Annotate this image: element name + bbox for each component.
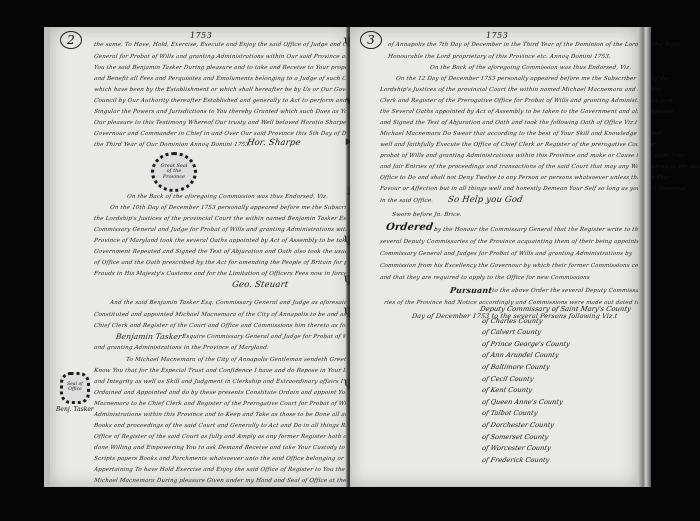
ordered-word: Ordered	[385, 222, 434, 233]
text-line: Office to Do and shall not Deny Twelve t…	[380, 175, 671, 181]
text-line: Frauds in His Majesty's Customs and for …	[94, 271, 348, 277]
text-line: of Office and the Oath prescribed by the…	[94, 260, 377, 266]
text-line: to the above Order the several Deputy Co…	[492, 288, 642, 294]
text-line: Government Repeated and Signed the Test …	[94, 249, 367, 255]
county-item: of Talbot County	[481, 408, 632, 420]
text-line: and that they are required to apply to t…	[380, 275, 591, 281]
text-line: Province of Maryland took the several Oa…	[94, 238, 374, 244]
county-item: of Dorchester County	[481, 420, 632, 432]
text-line: Commission from his Excellency the Gover…	[380, 263, 649, 269]
text-line: well and faithfully Execute the Office o…	[380, 142, 656, 148]
sworn-text: Sworn before Jn. Brice.	[392, 212, 463, 218]
text-line: Michael Macnemara Do Swear that accordin…	[380, 131, 663, 137]
text-line: General for Probat of Wills and granting…	[94, 54, 376, 60]
text-line: Our pleasure to this Testimony Whereof O…	[94, 120, 362, 126]
text-line: Know You that for the Especial Trust and…	[94, 368, 372, 374]
office-seal-label: Seal of Office	[66, 383, 84, 393]
text-line: Scripts papers Books and Parchments what…	[94, 456, 380, 462]
text-line: several Deputy Commissaries of the Provi…	[380, 239, 645, 245]
counties-heading: Deputy Commissary of Saint Mary's County	[479, 304, 632, 316]
page-year: 1753	[190, 31, 212, 40]
text-line: Commissary General and Judges for Probat…	[380, 251, 633, 257]
right-page: 3 1753 of Annapolis the 7th Day of Decem…	[350, 27, 638, 487]
county-item: of Queen Anne's County	[481, 397, 632, 409]
page-number: 3	[360, 31, 382, 49]
so-help-text: So Help you God	[447, 195, 523, 205]
text-line: the Several Oaths appointed by Act of As…	[380, 109, 675, 115]
county-list: Deputy Commissary of Saint Mary's County…	[480, 304, 631, 466]
county-item: of Somerset County	[481, 432, 632, 444]
text-line: which have been by the Establishment or …	[94, 87, 379, 93]
page-number: 2	[60, 31, 82, 49]
text-line: Books and proceedings of the said Court …	[94, 423, 386, 429]
text-line: Michael Macnemara During pleasure Given …	[94, 478, 361, 484]
text-line: Chief Clerk and Register of the Court an…	[94, 323, 377, 329]
text-line: Commissary General and Judge for Probat …	[94, 227, 367, 233]
page-year: 1753	[486, 31, 508, 40]
text-line: and Signed the Test of Abjuration and Oa…	[380, 120, 651, 126]
margin-name: Benj. Tasker	[56, 406, 94, 413]
text-line: Honourable the Lord proprietary of this …	[388, 54, 612, 60]
text-line: and fair Entries of the proceedings and …	[380, 164, 700, 170]
text-line: Clerk and Register of the Prerogative Of…	[380, 98, 674, 104]
county-item: of Calvert County	[481, 327, 632, 339]
county-item: of Frederick County	[481, 455, 632, 467]
text-line: by the Honour the Commissary General tha…	[434, 227, 643, 233]
text-line: the Lordship's Justices of the provincia…	[94, 216, 385, 222]
great-seal-icon: Great Seal of the Province	[151, 152, 197, 192]
county-item: of Ann Arundel County	[481, 350, 632, 362]
county-item: of Worcester County	[481, 443, 632, 455]
appointer-name: Benjamin Tasker	[115, 332, 182, 341]
text-line: And the said Benjamin Tasker Esq. Commis…	[110, 300, 348, 306]
left-page: 2 1753 the same. To Have, Hold, Exercise…	[44, 27, 350, 487]
county-item: of Kent County	[481, 385, 632, 397]
text-line: Governour and Commander in Chief in and …	[94, 131, 380, 137]
text-line: and granting Administrations in the Prov…	[94, 345, 270, 351]
text-line: Appertaining To have Hold Exercise and E…	[94, 467, 360, 473]
county-item: of Charles County	[481, 316, 632, 328]
text-line: On the 12 Day of December 1753 personall…	[396, 76, 670, 82]
text-line: Esquire Commissary General and Judge for…	[182, 334, 358, 340]
page-edge	[638, 27, 651, 487]
text-line: Constituted and appointed Michael Macnem…	[94, 312, 347, 318]
text-line: On the 10th Day of December 1753 persona…	[110, 205, 377, 211]
manuscript-spread: 2 1753 the same. To Have, Hold, Exercise…	[44, 27, 651, 495]
oath-heading: On the Back of the aforegoing Commission…	[127, 194, 329, 200]
pursuant-word: Pursuant	[449, 285, 493, 295]
text-line: in the said Office.	[380, 198, 434, 204]
signature: Hor. Sharpe	[246, 138, 301, 148]
county-item: of Baltimore County	[481, 362, 632, 374]
text-line: You the said Benjamin Tasker During plea…	[94, 65, 365, 71]
oath-signature: Geo. Steuart	[231, 280, 289, 290]
text-line: Macnemara to be Chief Clerk and Register…	[94, 401, 383, 407]
oath-heading: On the Back of the aforegoing Commission…	[430, 65, 632, 71]
office-seal-icon: Seal of Office	[60, 372, 90, 404]
great-seal-label: Great Seal of the Province	[159, 164, 189, 181]
address-line: To Michael Macnemara of the City of Anna…	[126, 357, 357, 363]
text-line: Lordship's Justices of the provincial Co…	[380, 87, 663, 93]
county-item: of Prince George's County	[481, 339, 632, 351]
county-item: of Cecil County	[481, 374, 632, 386]
text-line: the Third Year of Our Dominion Annoq Dom…	[94, 142, 252, 148]
text-line: and Benefit all Fees and Perquisites and…	[94, 76, 360, 82]
text-line: the same. To Have, Hold, Exercise, Execu…	[94, 42, 380, 48]
